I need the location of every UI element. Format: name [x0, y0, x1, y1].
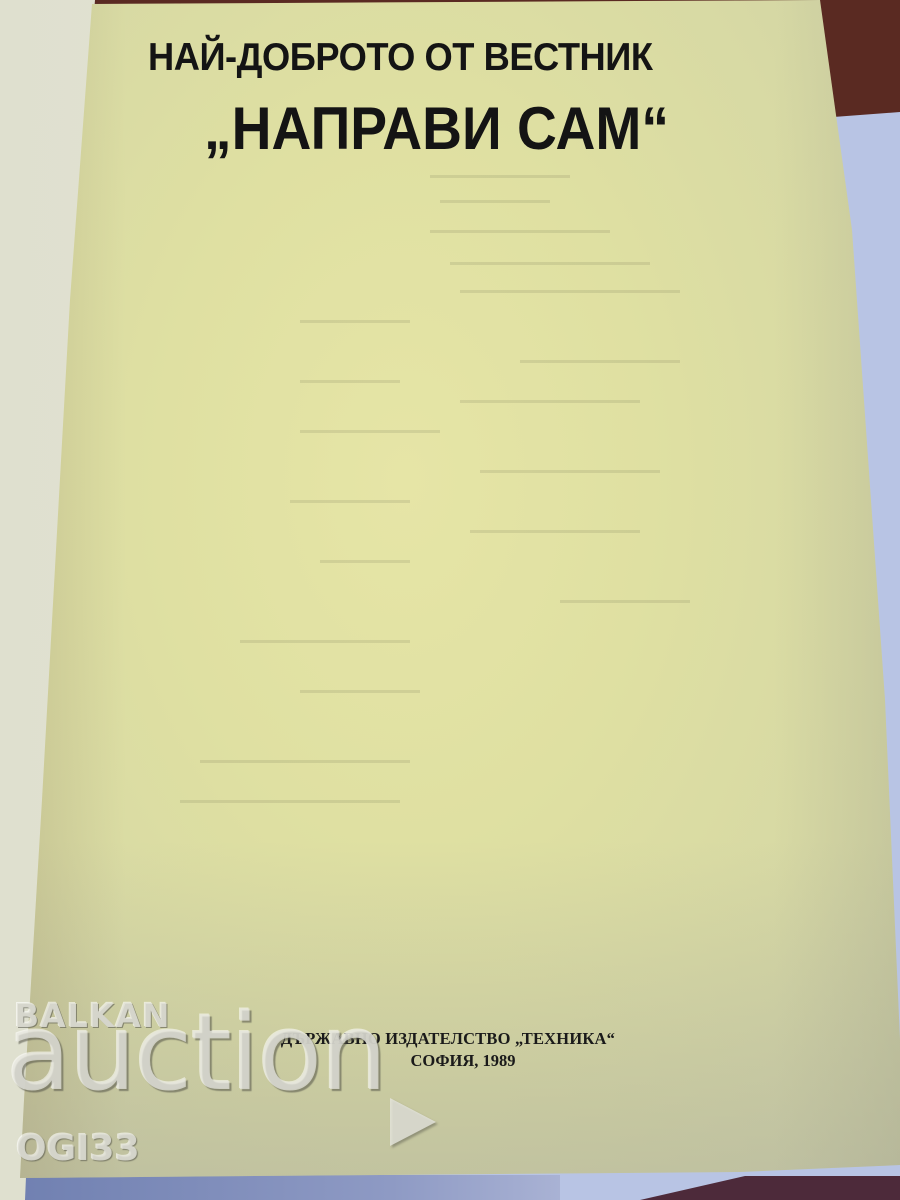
publisher-imprint: ДЪРЖАВНО ИЗДАТЕЛСТВО „ТЕХНИКА“ СОФИЯ, 19…: [268, 1028, 628, 1072]
blue-paper-bottom-edge: [0, 1175, 560, 1200]
title-line-2: „НАПРАВИ САМ“: [204, 94, 669, 163]
title-line-1: НАЙ-ДОБРОТО ОТ ВЕСТНИК: [148, 36, 653, 80]
page-lighting: [0, 0, 900, 1200]
photo-scene: НАЙ-ДОБРОТО ОТ ВЕСТНИК „НАПРАВИ САМ“ ДЪР…: [0, 0, 900, 1200]
publisher-name: ДЪРЖАВНО ИЗДАТЕЛСТВО „ТЕХНИКА“: [268, 1028, 628, 1050]
publisher-city-year: СОФИЯ, 1989: [268, 1050, 628, 1072]
